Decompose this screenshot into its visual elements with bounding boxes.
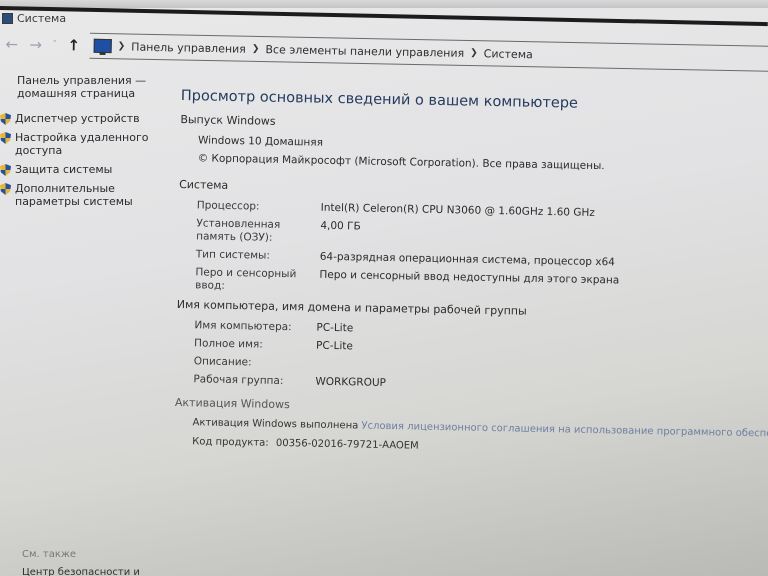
shield-icon	[0, 164, 11, 176]
page-title: Просмотр основных сведений о вашем компь…	[181, 88, 768, 116]
row-value: PC-Lite	[316, 322, 353, 336]
breadcrumb-control-panel[interactable]: Панель управления	[131, 40, 246, 55]
main-content: Просмотр основных сведений о вашем компь…	[174, 88, 768, 458]
activation-status-row: Активация Windows выполнена Условия лице…	[192, 417, 768, 439]
back-button[interactable]: ←	[0, 35, 24, 53]
sidebar-home-link[interactable]: Панель управления — домашняя страница	[17, 74, 170, 100]
breadcrumb-all-items[interactable]: Все элементы панели управления	[265, 43, 464, 60]
sidebar-item-label: Настройка удаленного доступа	[15, 131, 170, 157]
row-label: Рабочая группа:	[193, 373, 315, 388]
section-computer-name-header: Имя компьютера, имя домена и параметры р…	[177, 298, 768, 323]
info-row-memory: Установленная память (ОЗУ): 4,00 ГБ	[196, 217, 768, 254]
sidebar-item-label: Диспетчер устройств	[15, 112, 140, 125]
product-key-label: Код продукта:	[192, 436, 269, 448]
shield-icon	[0, 113, 11, 125]
screen: Система ← → ˅ ↑ ❯ Панель управления ❯ Вс…	[0, 0, 768, 576]
bezel-edge	[0, 6, 768, 26]
row-value: PC-Lite	[316, 340, 353, 354]
forward-button[interactable]: →	[24, 35, 48, 53]
up-button[interactable]: ↑	[62, 36, 86, 54]
row-value: Intel(R) Celeron(R) CPU N3060 @ 1.60GHz …	[321, 202, 595, 220]
chevron-right-icon: ❯	[470, 48, 478, 58]
row-label: Тип системы:	[196, 248, 320, 263]
sidebar-item-system-protection[interactable]: Защита системы	[0, 163, 170, 176]
shield-icon	[0, 183, 11, 195]
row-value: 64-разрядная операционная система, проце…	[320, 251, 615, 270]
row-label: Установленная память (ОЗУ):	[196, 217, 306, 245]
see-also-section: См. также Центр безопасности и	[22, 546, 140, 576]
row-label: Полное имя:	[194, 337, 316, 352]
section-activation-header: Активация Windows	[175, 396, 768, 421]
sidebar-item-label: Защита системы	[15, 163, 112, 176]
row-label: Процессор:	[197, 199, 321, 214]
section-edition-header: Выпуск Windows	[180, 113, 768, 138]
row-value: WORKGROUP	[315, 376, 386, 390]
sidebar-item-remote-settings[interactable]: Настройка удаленного доступа	[0, 131, 170, 157]
title-bar: Система	[0, 8, 66, 28]
license-terms-link[interactable]: Условия лицензионного соглашения на испо…	[361, 421, 768, 442]
breadcrumb-system[interactable]: Система	[484, 47, 533, 61]
control-panel-icon	[94, 39, 112, 53]
sidebar-item-advanced-settings[interactable]: Дополнительные параметры системы	[0, 182, 170, 208]
see-also-title: См. также	[22, 546, 140, 564]
section-system-header: Система	[179, 178, 768, 203]
product-key-value: 00356-02016-79721-AAOEM	[276, 438, 419, 452]
address-bar[interactable]: ❯ Панель управления ❯ Все элементы панел…	[89, 33, 768, 72]
chevron-right-icon: ❯	[118, 41, 126, 51]
row-label: Описание:	[194, 355, 316, 370]
recent-locations-button[interactable]: ˅	[48, 40, 62, 50]
activation-status: Активация Windows выполнена	[192, 417, 358, 431]
navigation-bar: ← → ˅ ↑ ❯ Панель управления ❯ Все элемен…	[0, 30, 768, 73]
sidebar-item-label: Дополнительные параметры системы	[15, 182, 170, 208]
shield-icon	[0, 132, 11, 144]
row-label: Перо и сенсорный ввод:	[195, 266, 319, 294]
row-value: 4,00 ГБ	[320, 220, 361, 247]
system-icon	[2, 13, 13, 24]
window-title: Система	[17, 12, 66, 25]
sidebar-item-device-manager[interactable]: Диспетчер устройств	[0, 112, 170, 125]
info-row-pen-touch: Перо и сенсорный ввод: Перо и сенсорный …	[195, 266, 768, 303]
row-value: Перо и сенсорный ввод недоступны для это…	[319, 269, 619, 301]
see-also-security-link[interactable]: Центр безопасности и	[22, 564, 140, 576]
copyright-text: © Корпорация Майкрософт (Microsoft Corpo…	[198, 152, 768, 175]
product-key-row: Код продукта: 00356-02016-79721-AAOEM	[192, 436, 768, 458]
chevron-right-icon: ❯	[252, 44, 260, 54]
row-label: Имя компьютера:	[194, 319, 316, 334]
sidebar: Панель управления — домашняя страница Ди…	[0, 74, 170, 214]
monitor-bezel	[0, 0, 768, 8]
